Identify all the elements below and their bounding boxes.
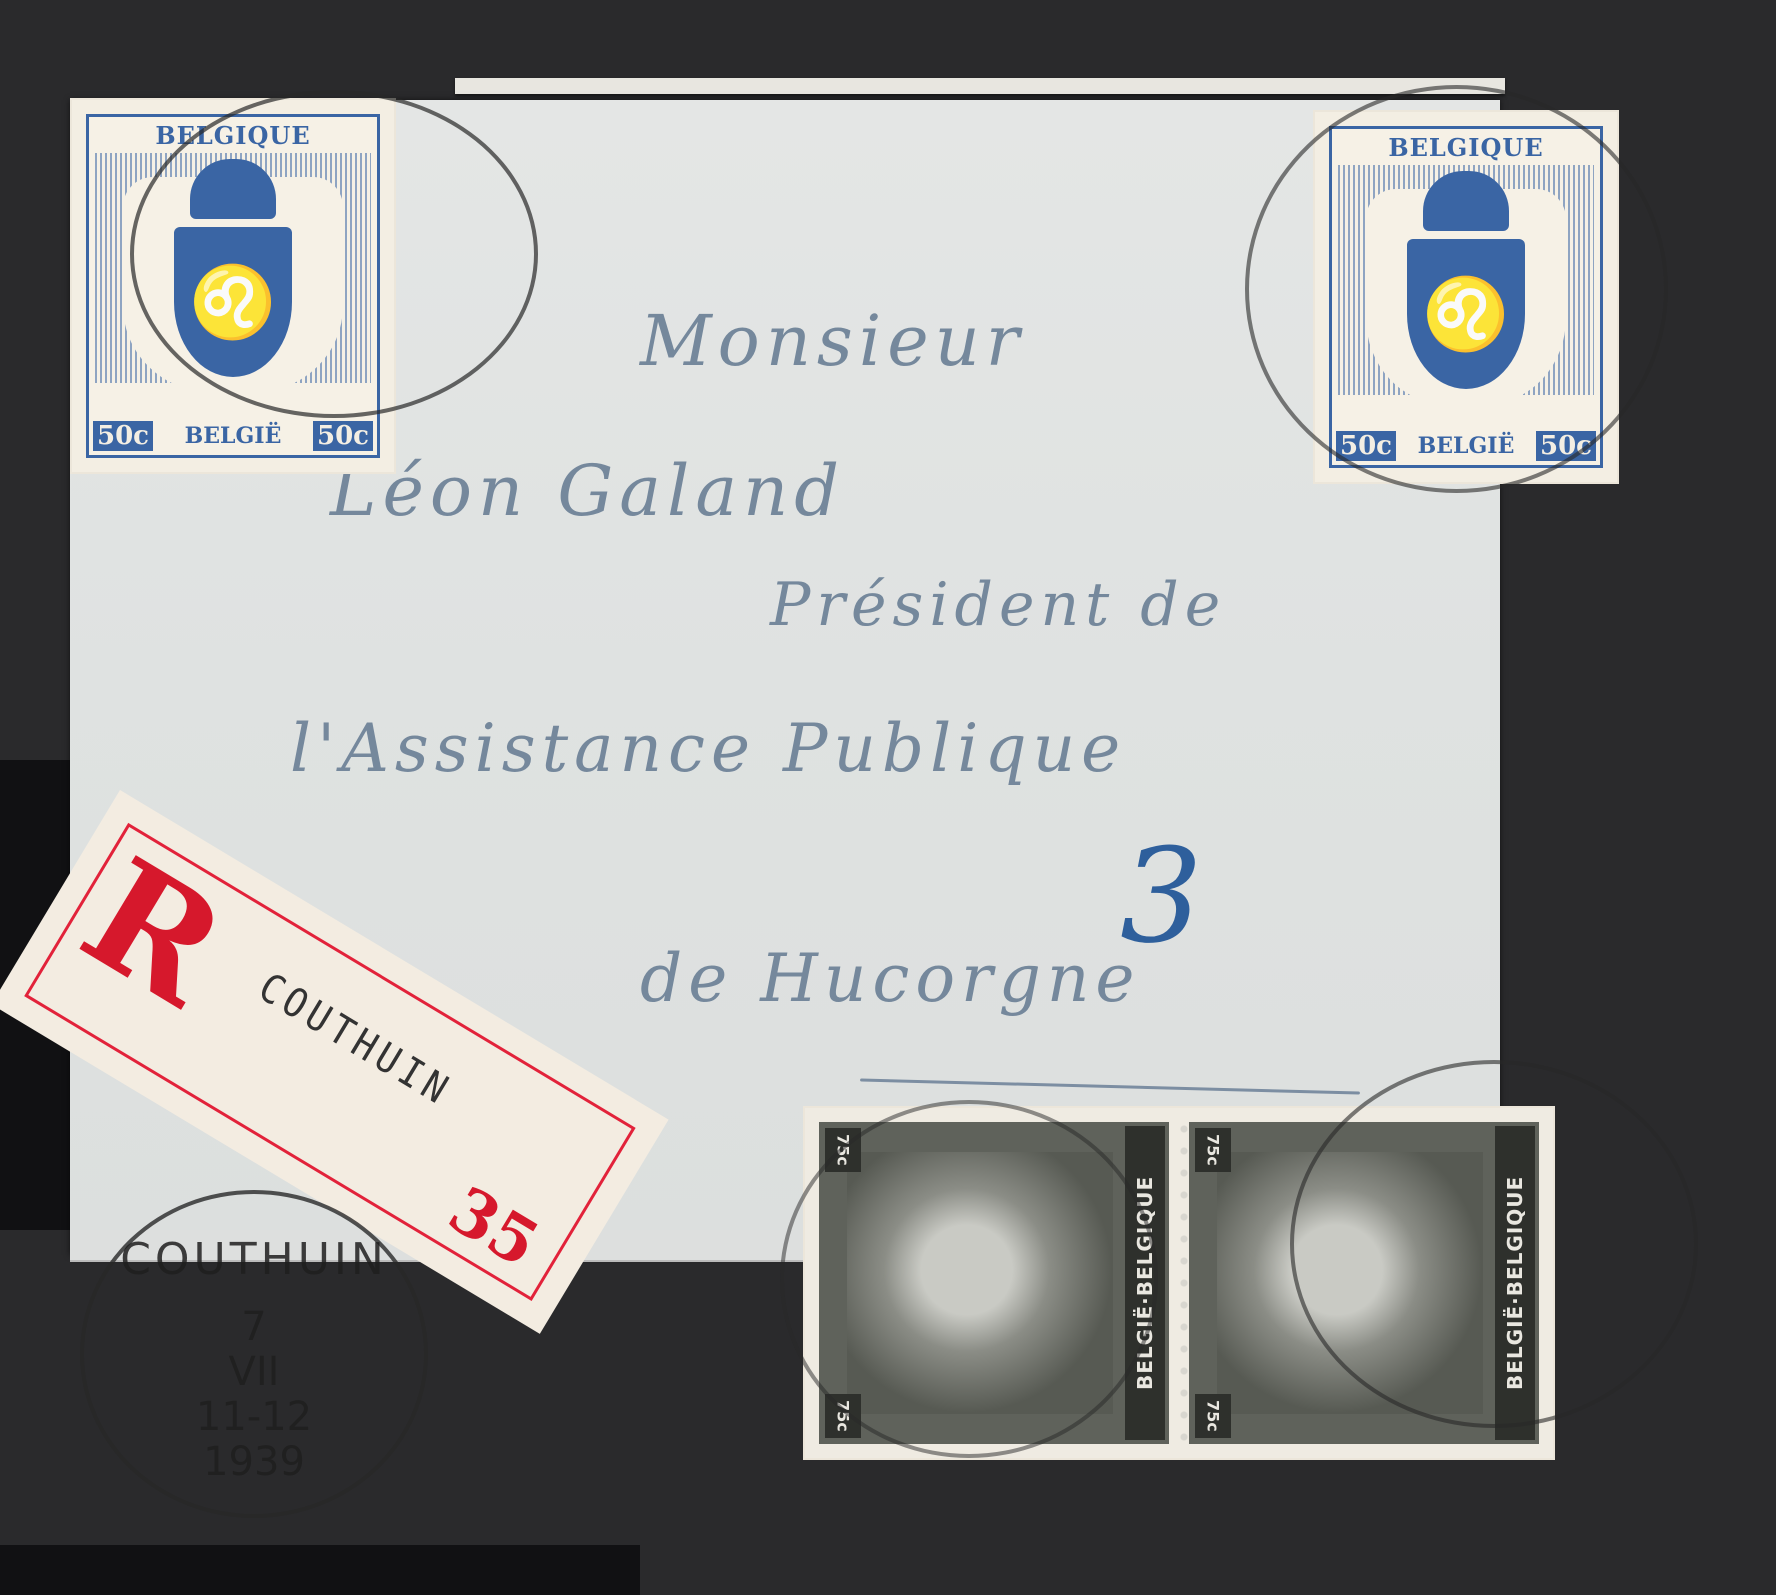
stamp-value: 75c — [1195, 1394, 1231, 1438]
postmark-year: 1939 — [84, 1439, 424, 1485]
address-line-4: l'Assistance Publique — [290, 710, 1126, 787]
stamp-value: 50c — [313, 421, 373, 451]
stamp-country: BELGIË — [185, 423, 282, 449]
envelope-flap-edge — [455, 78, 1505, 94]
address-line-1: Monsieur — [640, 300, 1025, 382]
address-line-3: Président de — [770, 570, 1226, 640]
postmark-day: 7 — [84, 1304, 424, 1350]
postmark-month: VII — [84, 1349, 424, 1395]
postmark-town: COUTHUIN — [84, 1234, 424, 1285]
stamp-value: 75c — [1195, 1128, 1231, 1172]
mount-band — [0, 1545, 640, 1595]
postmark-hours: 11-12 — [84, 1394, 424, 1440]
postmark-couthuin: COUTHUIN 7 VII 11-12 1939 — [80, 1190, 428, 1518]
postmark-top-right — [1245, 85, 1668, 493]
postmark-top-left — [130, 90, 538, 418]
address-line-5: de Hucorgne — [640, 940, 1140, 1017]
postmark-bottom-right — [1290, 1060, 1698, 1428]
postmark-bottom-middle — [780, 1100, 1158, 1458]
address-line-2: Léon Galand — [330, 450, 845, 532]
stamp-value: 50c — [93, 421, 153, 451]
